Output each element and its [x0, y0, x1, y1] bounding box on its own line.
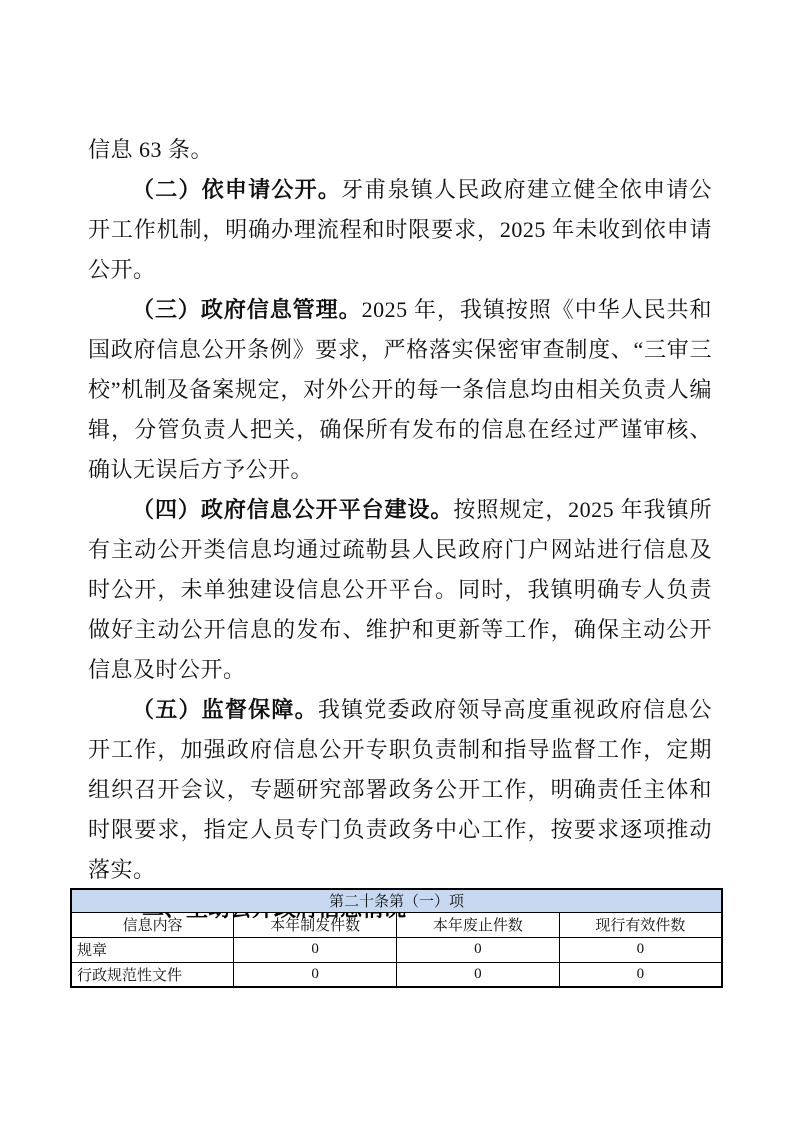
paragraph-lead: （五）监督保障。	[132, 697, 318, 722]
paragraph-lead: （四）政府信息公开平台建设。	[132, 497, 453, 522]
paragraph-text: 按照规定，2025 年我镇所有主动公开类信息均通过疏勒县人民政府门户网站进行信息…	[88, 497, 712, 682]
document-page: 信息 63 条。 （二）依申请公开。牙甫泉镇人民政府建立健全依申请公开工作机制，…	[0, 0, 793, 1122]
paragraph-info-management: （三）政府信息管理。2025 年，我镇按照《中华人民共和国政府信息公开条例》要求…	[88, 290, 712, 490]
table-row: 规章 0 0 0	[71, 937, 722, 962]
row-label: 行政规范性文件	[71, 962, 234, 987]
paragraph-lead: （三）政府信息管理。	[132, 297, 362, 322]
cell-value: 0	[559, 937, 722, 962]
cell-value: 0	[397, 937, 560, 962]
column-header-effective: 现行有效件数	[559, 912, 722, 937]
column-header-info-content: 信息内容	[71, 912, 234, 937]
cell-value: 0	[234, 937, 397, 962]
info-disclosure-table: 第二十条第（一）项 信息内容 本年制发件数 本年废止件数 现行有效件数 规章 0…	[70, 888, 723, 988]
paragraph-text: 信息 63 条。	[88, 137, 213, 162]
table-header-row: 信息内容 本年制发件数 本年废止件数 现行有效件数	[71, 912, 722, 937]
cell-value: 0	[559, 962, 722, 987]
paragraph-lead: （二）依申请公开。	[132, 177, 341, 202]
table-row: 行政规范性文件 0 0 0	[71, 962, 722, 987]
paragraph-continuation: 信息 63 条。	[88, 130, 712, 170]
cell-value: 0	[234, 962, 397, 987]
row-label: 规章	[71, 937, 234, 962]
column-header-issued: 本年制发件数	[234, 912, 397, 937]
column-header-abolished: 本年废止件数	[397, 912, 560, 937]
paragraph-text: 我镇党委政府领导高度重视政府信息公开工作，加强政府信息公开专职负责制和指导监督工…	[88, 697, 712, 882]
paragraph-supervision: （五）监督保障。我镇党委政府领导高度重视政府信息公开工作，加强政府信息公开专职负…	[88, 690, 712, 890]
paragraph-platform-construction: （四）政府信息公开平台建设。按照规定，2025 年我镇所有主动公开类信息均通过疏…	[88, 490, 712, 690]
paragraph-text: 2025 年，我镇按照《中华人民共和国政府信息公开条例》要求，严格落实保密审查制…	[88, 297, 712, 482]
table-title: 第二十条第（一）项	[71, 889, 722, 912]
paragraph-request-disclosure: （二）依申请公开。牙甫泉镇人民政府建立健全依申请公开工作机制，明确办理流程和时限…	[88, 170, 712, 290]
cell-value: 0	[397, 962, 560, 987]
table-title-row: 第二十条第（一）项	[71, 889, 722, 912]
document-body: 信息 63 条。 （二）依申请公开。牙甫泉镇人民政府建立健全依申请公开工作机制，…	[88, 130, 712, 928]
